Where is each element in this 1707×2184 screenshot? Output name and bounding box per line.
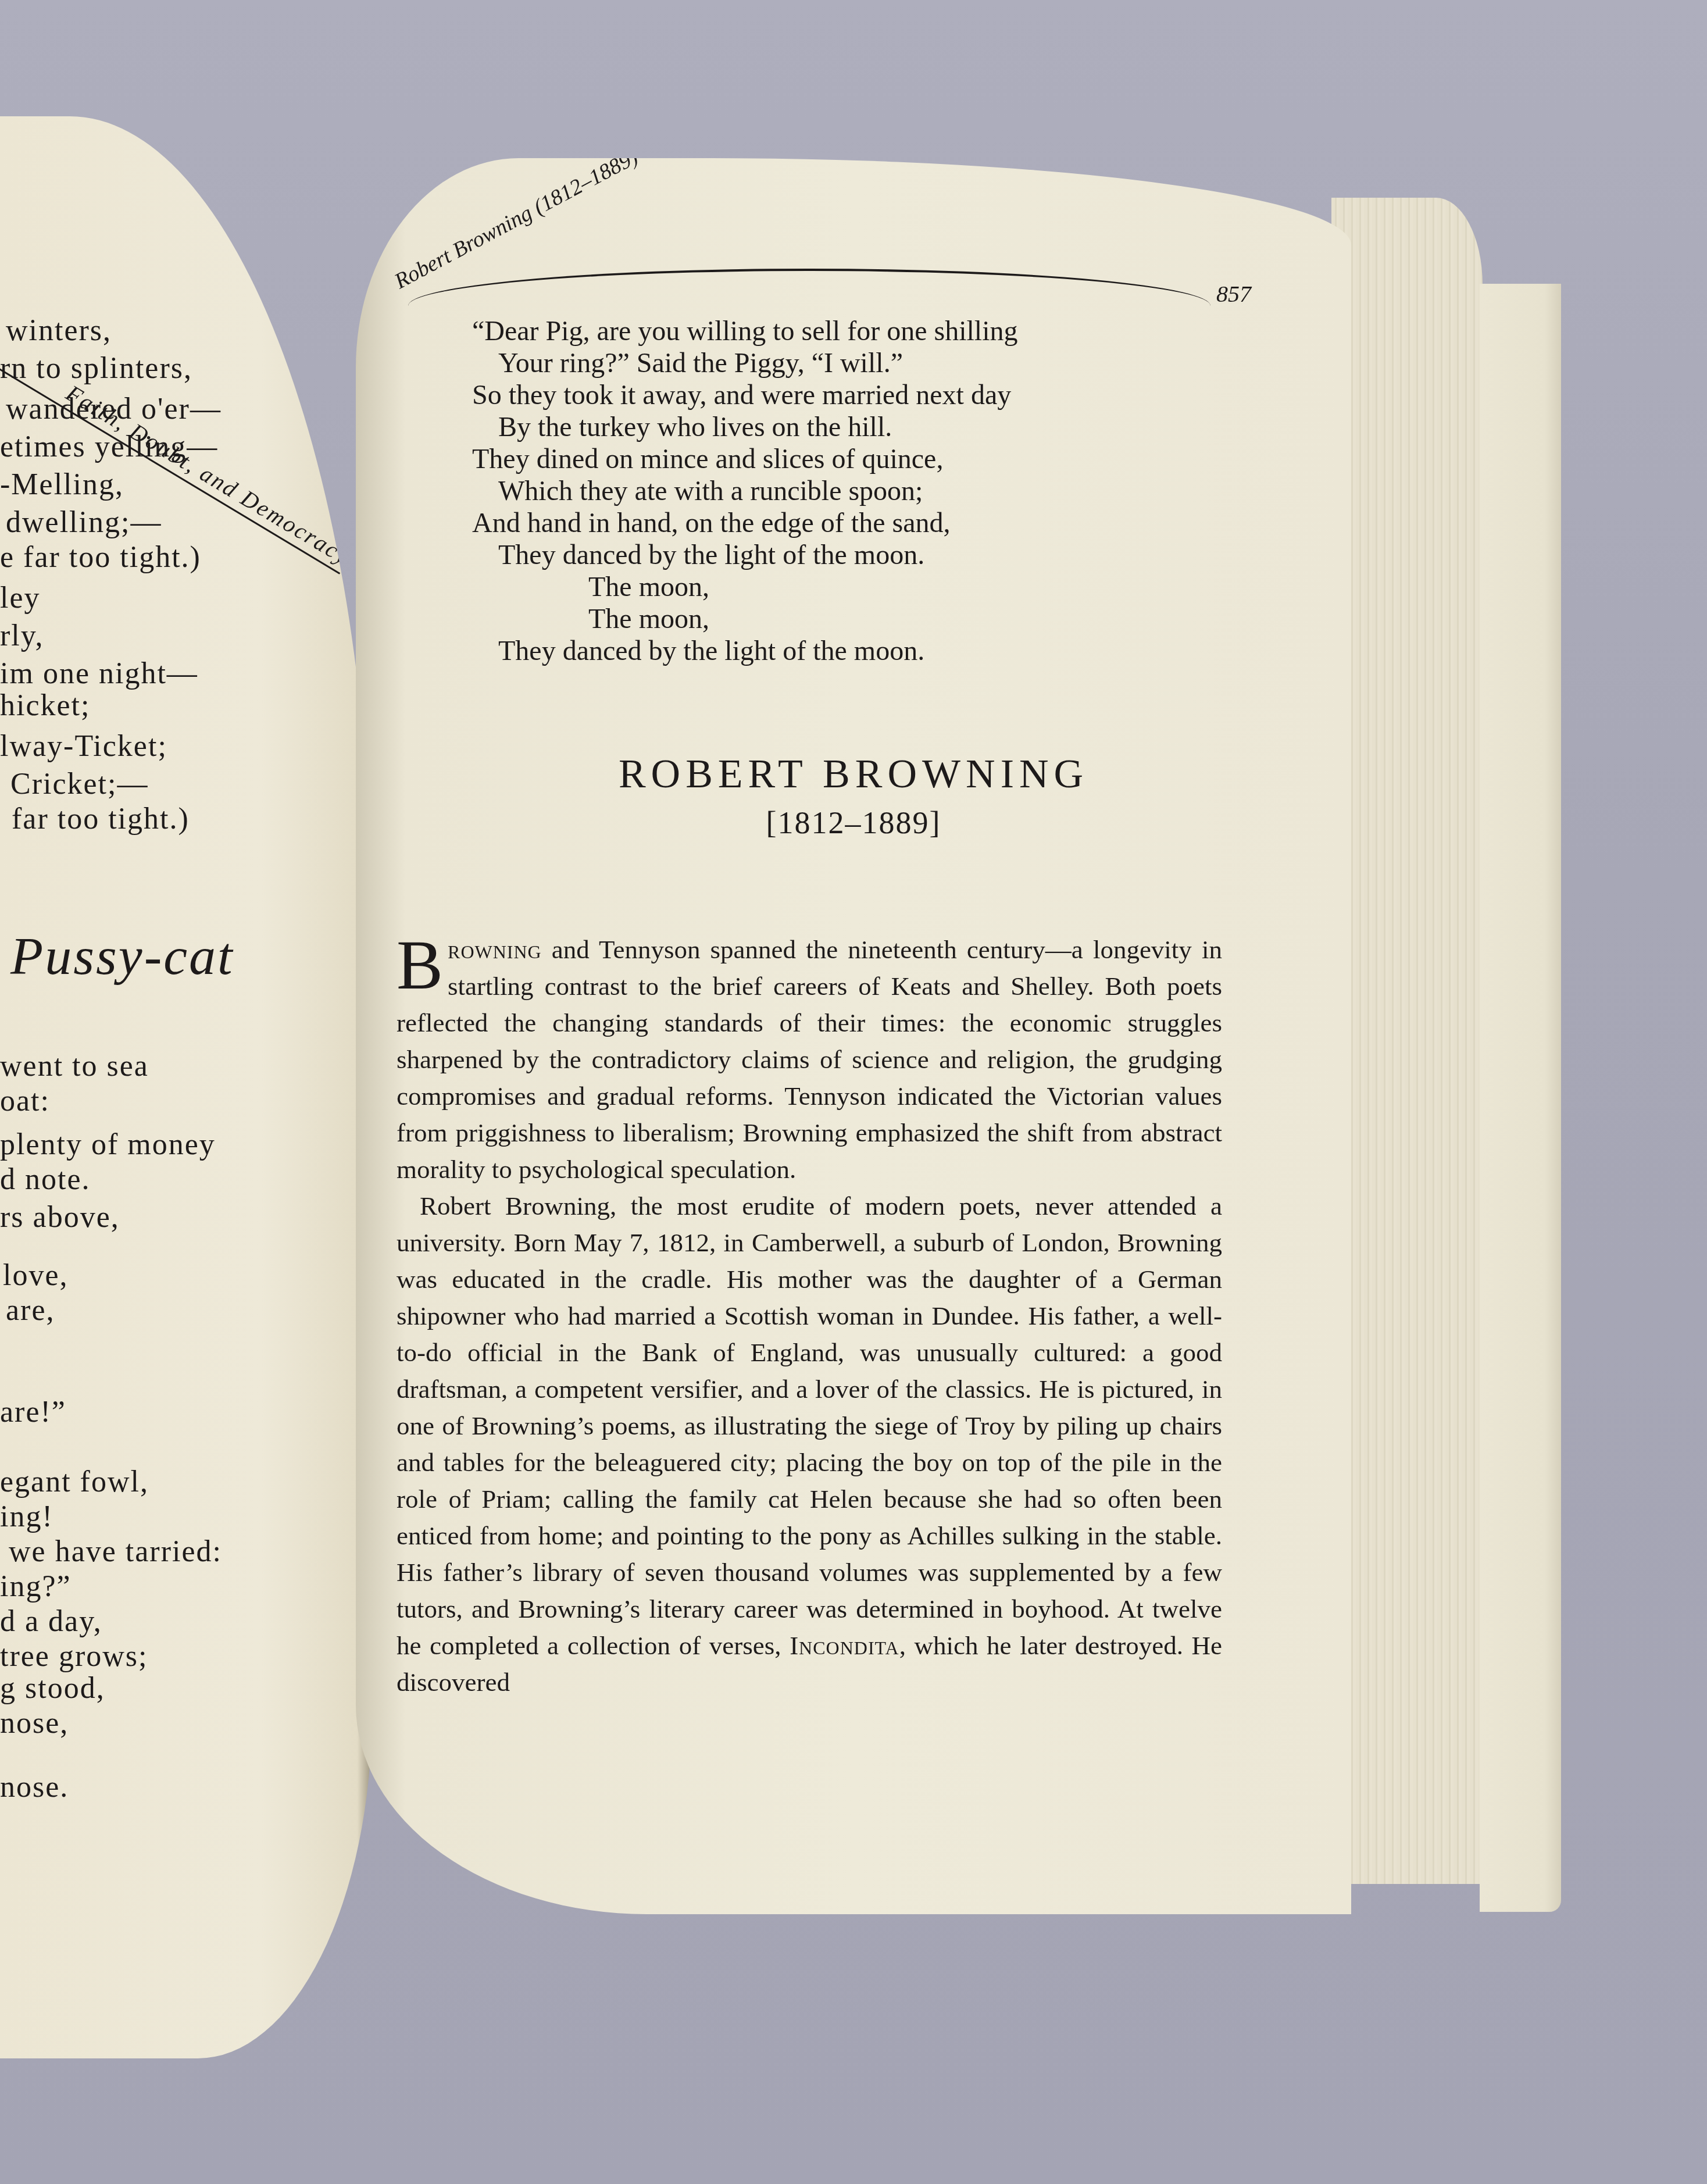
poem-line: hicket; xyxy=(0,689,91,723)
poem-line: ing! xyxy=(0,1500,53,1534)
poem-line: wandered o'er— xyxy=(6,392,222,426)
poem-line: nose. xyxy=(0,1771,69,1804)
poem-line: g stood, xyxy=(0,1672,105,1705)
paragraph-text: and Tennyson spanned the nineteenth cent… xyxy=(397,935,1222,1184)
poem-line: tree grows; xyxy=(0,1640,148,1673)
poem-line: Your ring?” Said the Piggy, “I will.” xyxy=(472,347,1315,379)
poem-line: are, xyxy=(6,1294,55,1327)
right-running-head: Robert Browning (1812–1889) 857 xyxy=(408,251,1309,321)
poem-line: So they took it away, and were married n… xyxy=(472,379,1315,411)
poem-line: egant fowl, xyxy=(0,1465,149,1499)
poem-line: plenty of money xyxy=(0,1128,216,1162)
poem-line: d a day, xyxy=(0,1605,102,1639)
poem-line: lway-Ticket; xyxy=(0,730,167,763)
poem-line: ley xyxy=(0,581,41,615)
drop-cap: B xyxy=(397,936,443,994)
poem-line: oat: xyxy=(0,1084,50,1118)
poem-line: rn to splinters, xyxy=(0,352,192,386)
poem-line: They dined on mince and slices of quince… xyxy=(472,443,1315,475)
paragraph-text: Robert Browning, the most erudite of mod… xyxy=(397,1191,1222,1660)
poem-stanza: “Dear Pig, are you willing to sell for o… xyxy=(472,315,1315,667)
poem-line: They danced by the light of the moon. xyxy=(472,635,1315,667)
poem-line: The moon, xyxy=(472,571,1315,603)
poem-line: winters, xyxy=(6,314,112,348)
poem-line: By the turkey who lives on the hill. xyxy=(472,411,1315,443)
poem-line: im one night— xyxy=(0,657,198,691)
biography-text: Browning and Tennyson spanned the ninete… xyxy=(397,932,1222,1701)
chapter-dates: [1812–1889] xyxy=(356,805,1351,841)
poem-line: -Melling, xyxy=(0,468,124,502)
chapter-title: ROBERT BROWNING xyxy=(356,751,1351,798)
poem-line: d note. xyxy=(0,1163,91,1197)
poem-line: rly, xyxy=(0,619,44,653)
poem-line: nose, xyxy=(0,1707,69,1740)
poem-line: are!” xyxy=(0,1396,66,1429)
poem-line: rs above, xyxy=(0,1201,120,1234)
poem-line: dwelling;— xyxy=(6,506,162,540)
poem-line: Cricket;— xyxy=(10,768,149,801)
smallcaps-lead: rowning xyxy=(448,935,542,964)
poem-line: e far too tight.) xyxy=(0,541,201,574)
poem-line: etimes yelling— xyxy=(0,430,218,464)
page-number: 857 xyxy=(1216,280,1251,308)
book-title-smallcaps: Incondita xyxy=(790,1631,899,1660)
poem-line: And hand in hand, on the edge of the san… xyxy=(472,507,1315,539)
poem-line: The moon, xyxy=(472,603,1315,635)
poem-line: “Dear Pig, are you willing to sell for o… xyxy=(472,315,1315,347)
poem-line: ing?” xyxy=(0,1570,72,1604)
poem-line: we have tarried: xyxy=(9,1535,222,1569)
poem-line: Which they ate with a runcible spoon; xyxy=(472,475,1315,507)
book-cover-edge xyxy=(1480,284,1561,1912)
poem-line: They danced by the light of the moon. xyxy=(472,539,1315,571)
page-block-edge xyxy=(1331,198,1483,1884)
paragraph: Robert Browning, the most erudite of mod… xyxy=(397,1188,1222,1701)
poem-line: love, xyxy=(3,1259,69,1293)
right-page: Robert Browning (1812–1889) 857 “Dear Pi… xyxy=(356,158,1351,1914)
paragraph: Browning and Tennyson spanned the ninete… xyxy=(397,932,1222,1188)
poem-title: Pussy-cat xyxy=(10,939,234,973)
header-rule xyxy=(408,269,1210,306)
poem-line: far too tight.) xyxy=(12,802,190,836)
poem-line: went to sea xyxy=(0,1050,149,1083)
